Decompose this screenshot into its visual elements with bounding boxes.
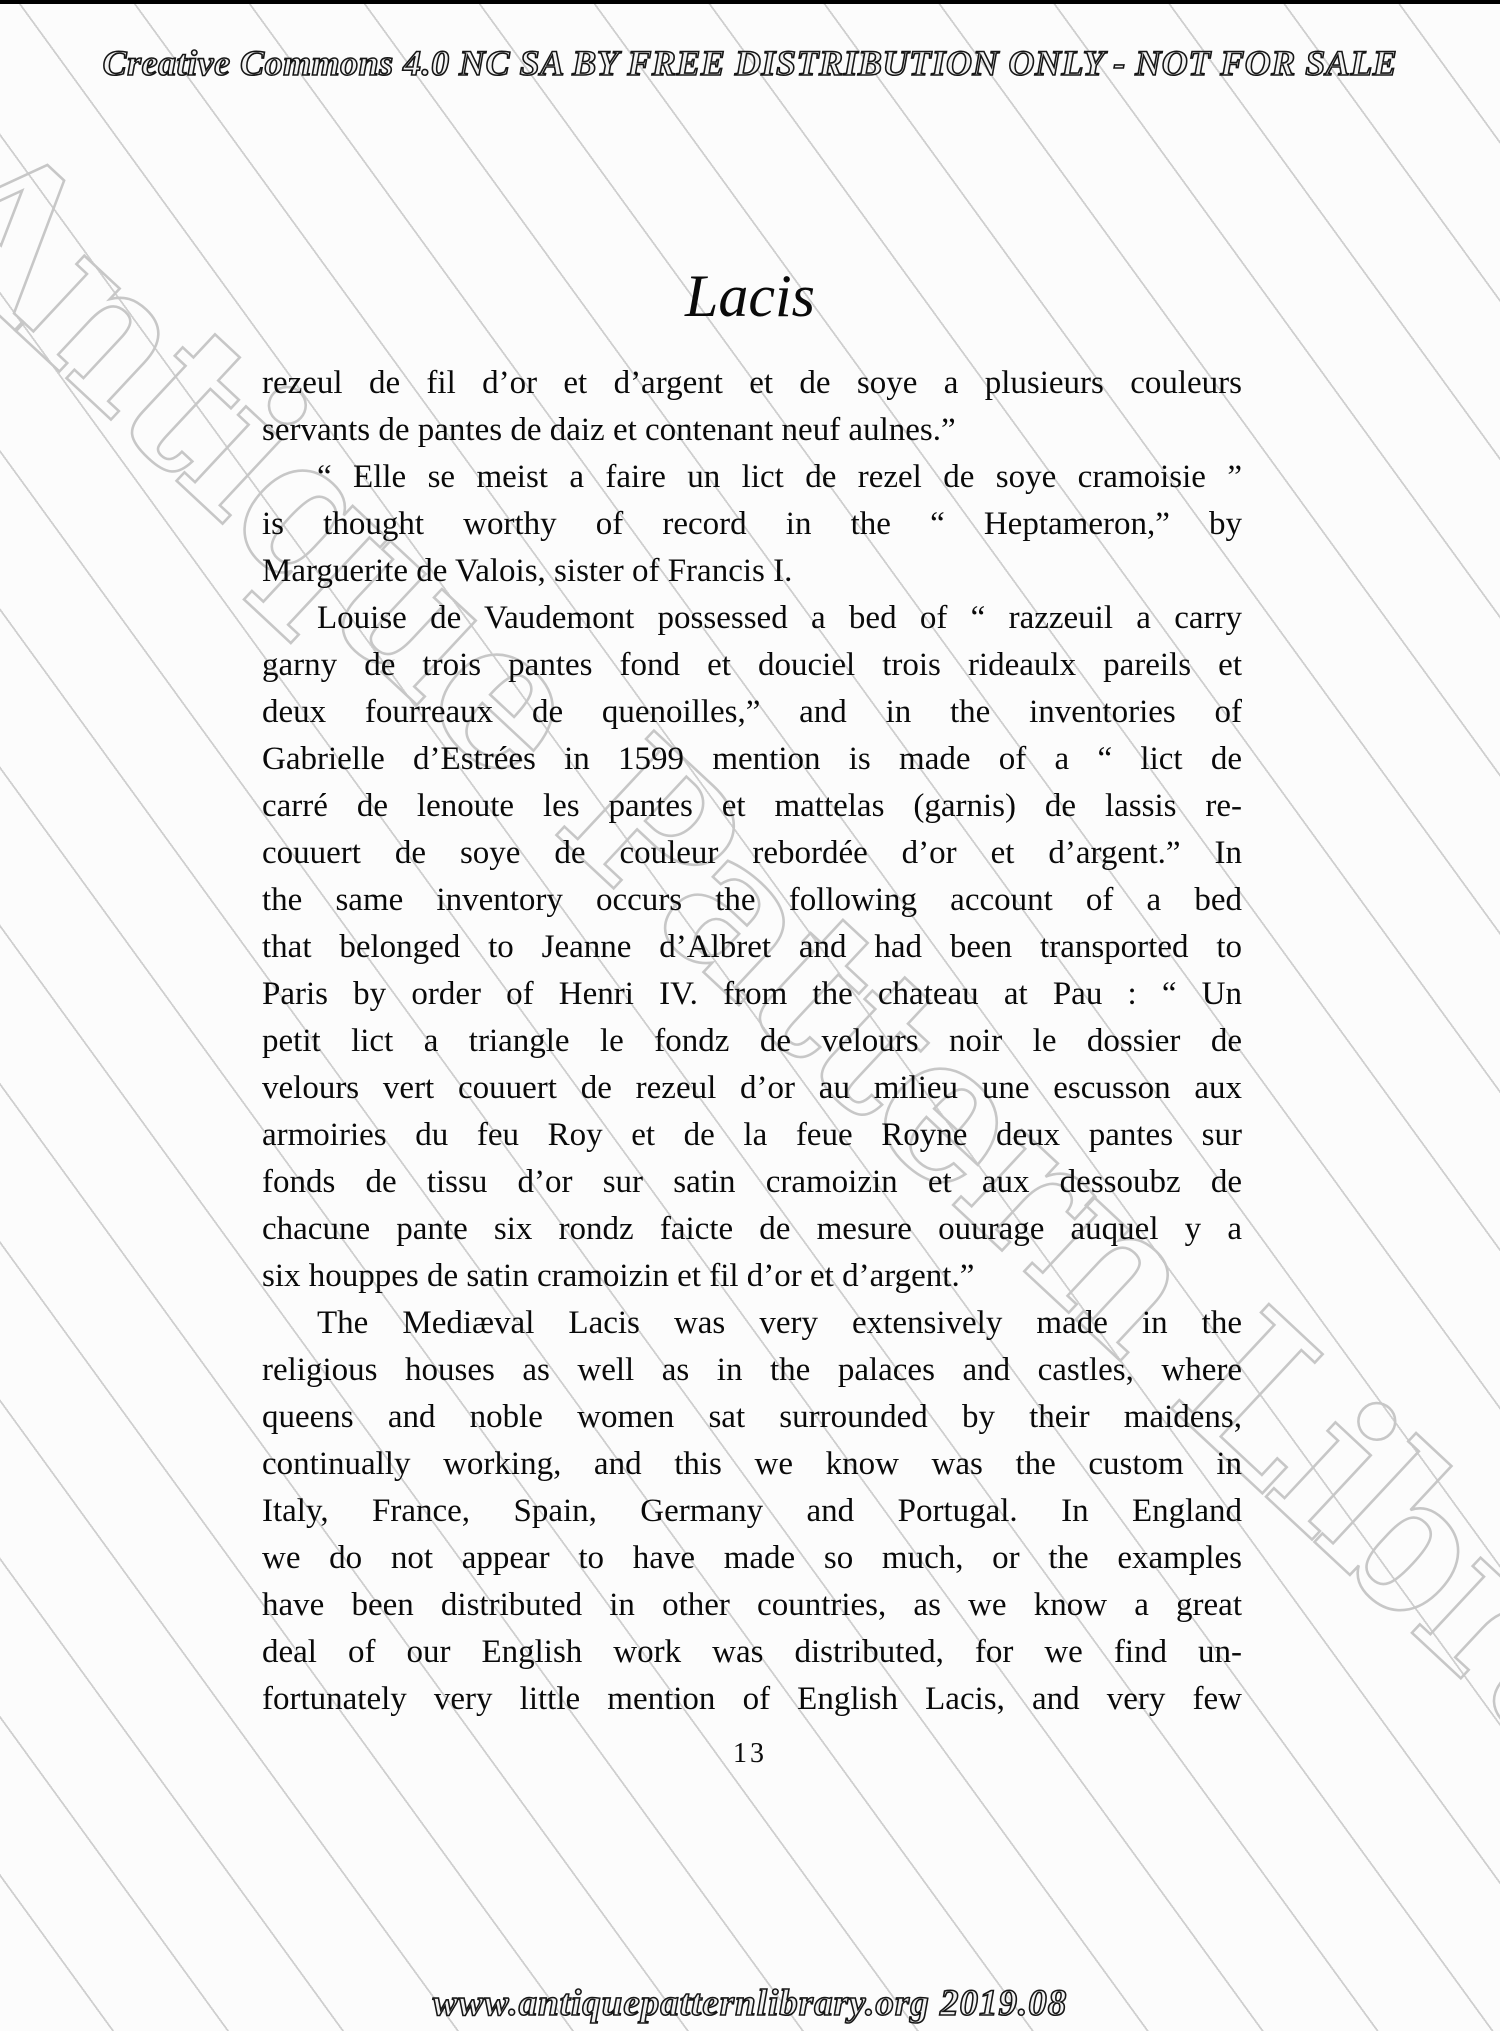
body-line: religious houses as well as in the palac… [262, 1347, 1242, 1394]
page-number: 13 [0, 1738, 1500, 1770]
license-header: Creative Commons 4.0 NC SA BY FREE DISTR… [0, 42, 1500, 84]
page-title: Lacis [0, 262, 1500, 331]
body-line: The Mediæval Lacis was very extensively … [262, 1300, 1242, 1347]
body-line: Marguerite de Valois, sister of Francis … [262, 548, 1242, 595]
body-line: velours vert couuert de rezeul d’or au m… [262, 1065, 1242, 1112]
body-line: Louise de Vaudemont possessed a bed of “… [262, 595, 1242, 642]
scanned-book-page: Antique Pattern Library Creative Commons… [0, 0, 1500, 2031]
body-line: Paris by order of Henri IV. from the cha… [262, 971, 1242, 1018]
body-line: the same inventory occurs the following … [262, 877, 1242, 924]
body-line: queens and noble women sat surrounded by… [262, 1394, 1242, 1441]
body-line: deal of our English work was distributed… [262, 1629, 1242, 1676]
body-line: chacune pante six rondz faicte de mesure… [262, 1206, 1242, 1253]
body-line: continually working, and this we know wa… [262, 1441, 1242, 1488]
body-line: six houppes de satin cramoizin et fil d’… [262, 1253, 1242, 1300]
footer-url: www.antiquepatternlibrary.org 2019.08 [0, 1982, 1500, 2025]
body-line: is thought worthy of record in the “ Hep… [262, 501, 1242, 548]
body-line: deux fourreaux de quenoilles,” and in th… [262, 689, 1242, 736]
body-line: fonds de tissu d’or sur satin cramoizin … [262, 1159, 1242, 1206]
body-line: rezeul de fil d’or et d’argent et de soy… [262, 360, 1242, 407]
body-line: armoiries du feu Roy et de la feue Royne… [262, 1112, 1242, 1159]
body-line: carré de lenoute les pantes et mattelas … [262, 783, 1242, 830]
body-line: have been distributed in other countries… [262, 1582, 1242, 1629]
body-line: fortunately very little mention of Engli… [262, 1676, 1242, 1723]
body-line: that belonged to Jeanne d’Albret and had… [262, 924, 1242, 971]
body-text: rezeul de fil d’or et d’argent et de soy… [262, 360, 1242, 1723]
body-line: we do not appear to have made so much, o… [262, 1535, 1242, 1582]
body-line: servants de pantes de daiz et contenant … [262, 407, 1242, 454]
body-line: “ Elle se meist a faire un lict de rezel… [262, 454, 1242, 501]
body-line: couuert de soye de couleur rebordée d’or… [262, 830, 1242, 877]
body-line: petit lict a triangle le fondz de velour… [262, 1018, 1242, 1065]
body-line: garny de trois pantes fond et douciel tr… [262, 642, 1242, 689]
body-line: Gabrielle d’Estrées in 1599 mention is m… [262, 736, 1242, 783]
body-line: Italy, France, Spain, Germany and Portug… [262, 1488, 1242, 1535]
